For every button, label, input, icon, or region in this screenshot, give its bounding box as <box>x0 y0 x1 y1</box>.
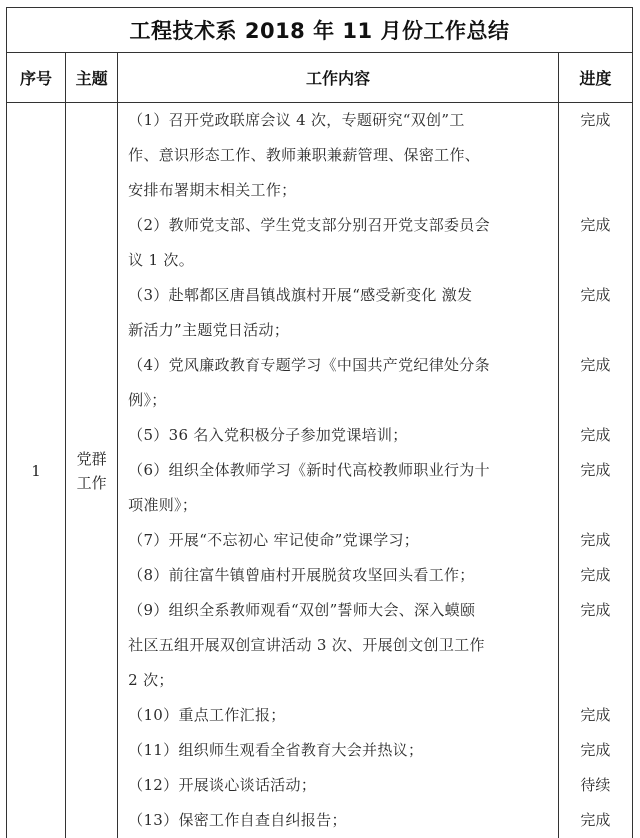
work-item-line: 安排布署期末相关工作； <box>118 173 558 208</box>
work-item-line: （9）组织全系教师观看“双创”誓师大会、深入蟆颐 <box>118 593 558 628</box>
progress-spacer <box>559 243 632 278</box>
table-row: 1 党群 工作 （1）召开党政联席会议 4 次，专题研究“双创”工作、意识形态工… <box>7 103 633 838</box>
work-item-line: （6）组织全体教师学习《新时代高校教师职业行为十 <box>118 453 558 488</box>
progress-status: 完成 <box>559 348 632 383</box>
work-item-line: 2 次； <box>118 663 558 698</box>
work-item-line: （5）36 名入党积极分子参加党课培训； <box>118 418 558 453</box>
progress-status: 完成 <box>559 208 632 243</box>
progress-status: 完成 <box>559 453 632 488</box>
work-item-line: （11）组织师生观看全省教育大会并热议； <box>118 733 558 768</box>
work-item-line: （2）教师党支部、学生党支部分别召开党支部委员会 <box>118 208 558 243</box>
header-row: 序号 主题 工作内容 进度 <box>7 53 633 103</box>
progress-status: 完成 <box>559 103 632 138</box>
work-item-line: （7）开展“不忘初心 牢记使命”党课学习； <box>118 523 558 558</box>
work-summary-document: 工程技术系 2018 年 11 月份工作总结 序号 主题 工作内容 进度 1 党… <box>6 7 633 838</box>
progress-status: 待续 <box>559 768 632 803</box>
work-item-line: （1）召开党政联席会议 4 次，专题研究“双创”工 <box>118 103 558 138</box>
header-content: 工作内容 <box>118 53 559 103</box>
work-item-line: 作、意识形态工作、教师兼职兼薪管理、保密工作、 <box>118 138 558 173</box>
progress-status: 完成 <box>559 698 632 733</box>
progress-spacer <box>559 138 632 173</box>
progress-status: 完成 <box>559 593 632 628</box>
work-item-line: （10）重点工作汇报； <box>118 698 558 733</box>
row-content: （1）召开党政联席会议 4 次，专题研究“双创”工作、意识形态工作、教师兼职兼薪… <box>118 103 559 838</box>
progress-spacer <box>559 173 632 208</box>
progress-spacer <box>559 488 632 523</box>
progress-status: 完成 <box>559 733 632 768</box>
title-row: 工程技术系 2018 年 11 月份工作总结 <box>7 8 633 53</box>
row-topic: 党群 工作 <box>66 103 118 838</box>
progress-status: 完成 <box>559 558 632 593</box>
work-item-line: （4）党风廉政教育专题学习《中国共产党纪律处分条 <box>118 348 558 383</box>
work-item-line: 例》； <box>118 383 558 418</box>
work-item-line: 社区五组开展双创宣讲活动 3 次、开展创文创卫工作 <box>118 628 558 663</box>
topic-line: 工作 <box>66 471 117 495</box>
topic-line: 党群 <box>66 447 117 471</box>
progress-spacer <box>559 628 632 663</box>
work-item-line: 项准则》； <box>118 488 558 523</box>
progress-status: 完成 <box>559 278 632 313</box>
header-topic: 主题 <box>66 53 118 103</box>
work-item-line: （8）前往富牛镇曾庙村开展脱贫攻坚回头看工作； <box>118 558 558 593</box>
work-item-line: （13）保密工作自查自纠报告； <box>118 803 558 838</box>
row-seq: 1 <box>7 103 66 838</box>
work-item-line: （3）赴郫都区唐昌镇战旗村开展“感受新变化 激发 <box>118 278 558 313</box>
progress-status: 完成 <box>559 803 632 838</box>
progress-spacer <box>559 313 632 348</box>
work-item-line: （12）开展谈心谈话活动； <box>118 768 558 803</box>
work-item-line: 议 1 次。 <box>118 243 558 278</box>
header-progress: 进度 <box>558 53 632 103</box>
work-item-line: 新活力”主题党日活动； <box>118 313 558 348</box>
progress-spacer <box>559 663 632 698</box>
progress-status: 完成 <box>559 523 632 558</box>
row-progress: 完成完成完成完成完成完成完成完成完成完成完成待续完成 <box>558 103 632 838</box>
header-seq: 序号 <box>7 53 66 103</box>
document-title: 工程技术系 2018 年 11 月份工作总结 <box>7 8 633 53</box>
work-summary-table: 工程技术系 2018 年 11 月份工作总结 序号 主题 工作内容 进度 1 党… <box>6 7 633 838</box>
progress-status: 完成 <box>559 418 632 453</box>
progress-spacer <box>559 383 632 418</box>
